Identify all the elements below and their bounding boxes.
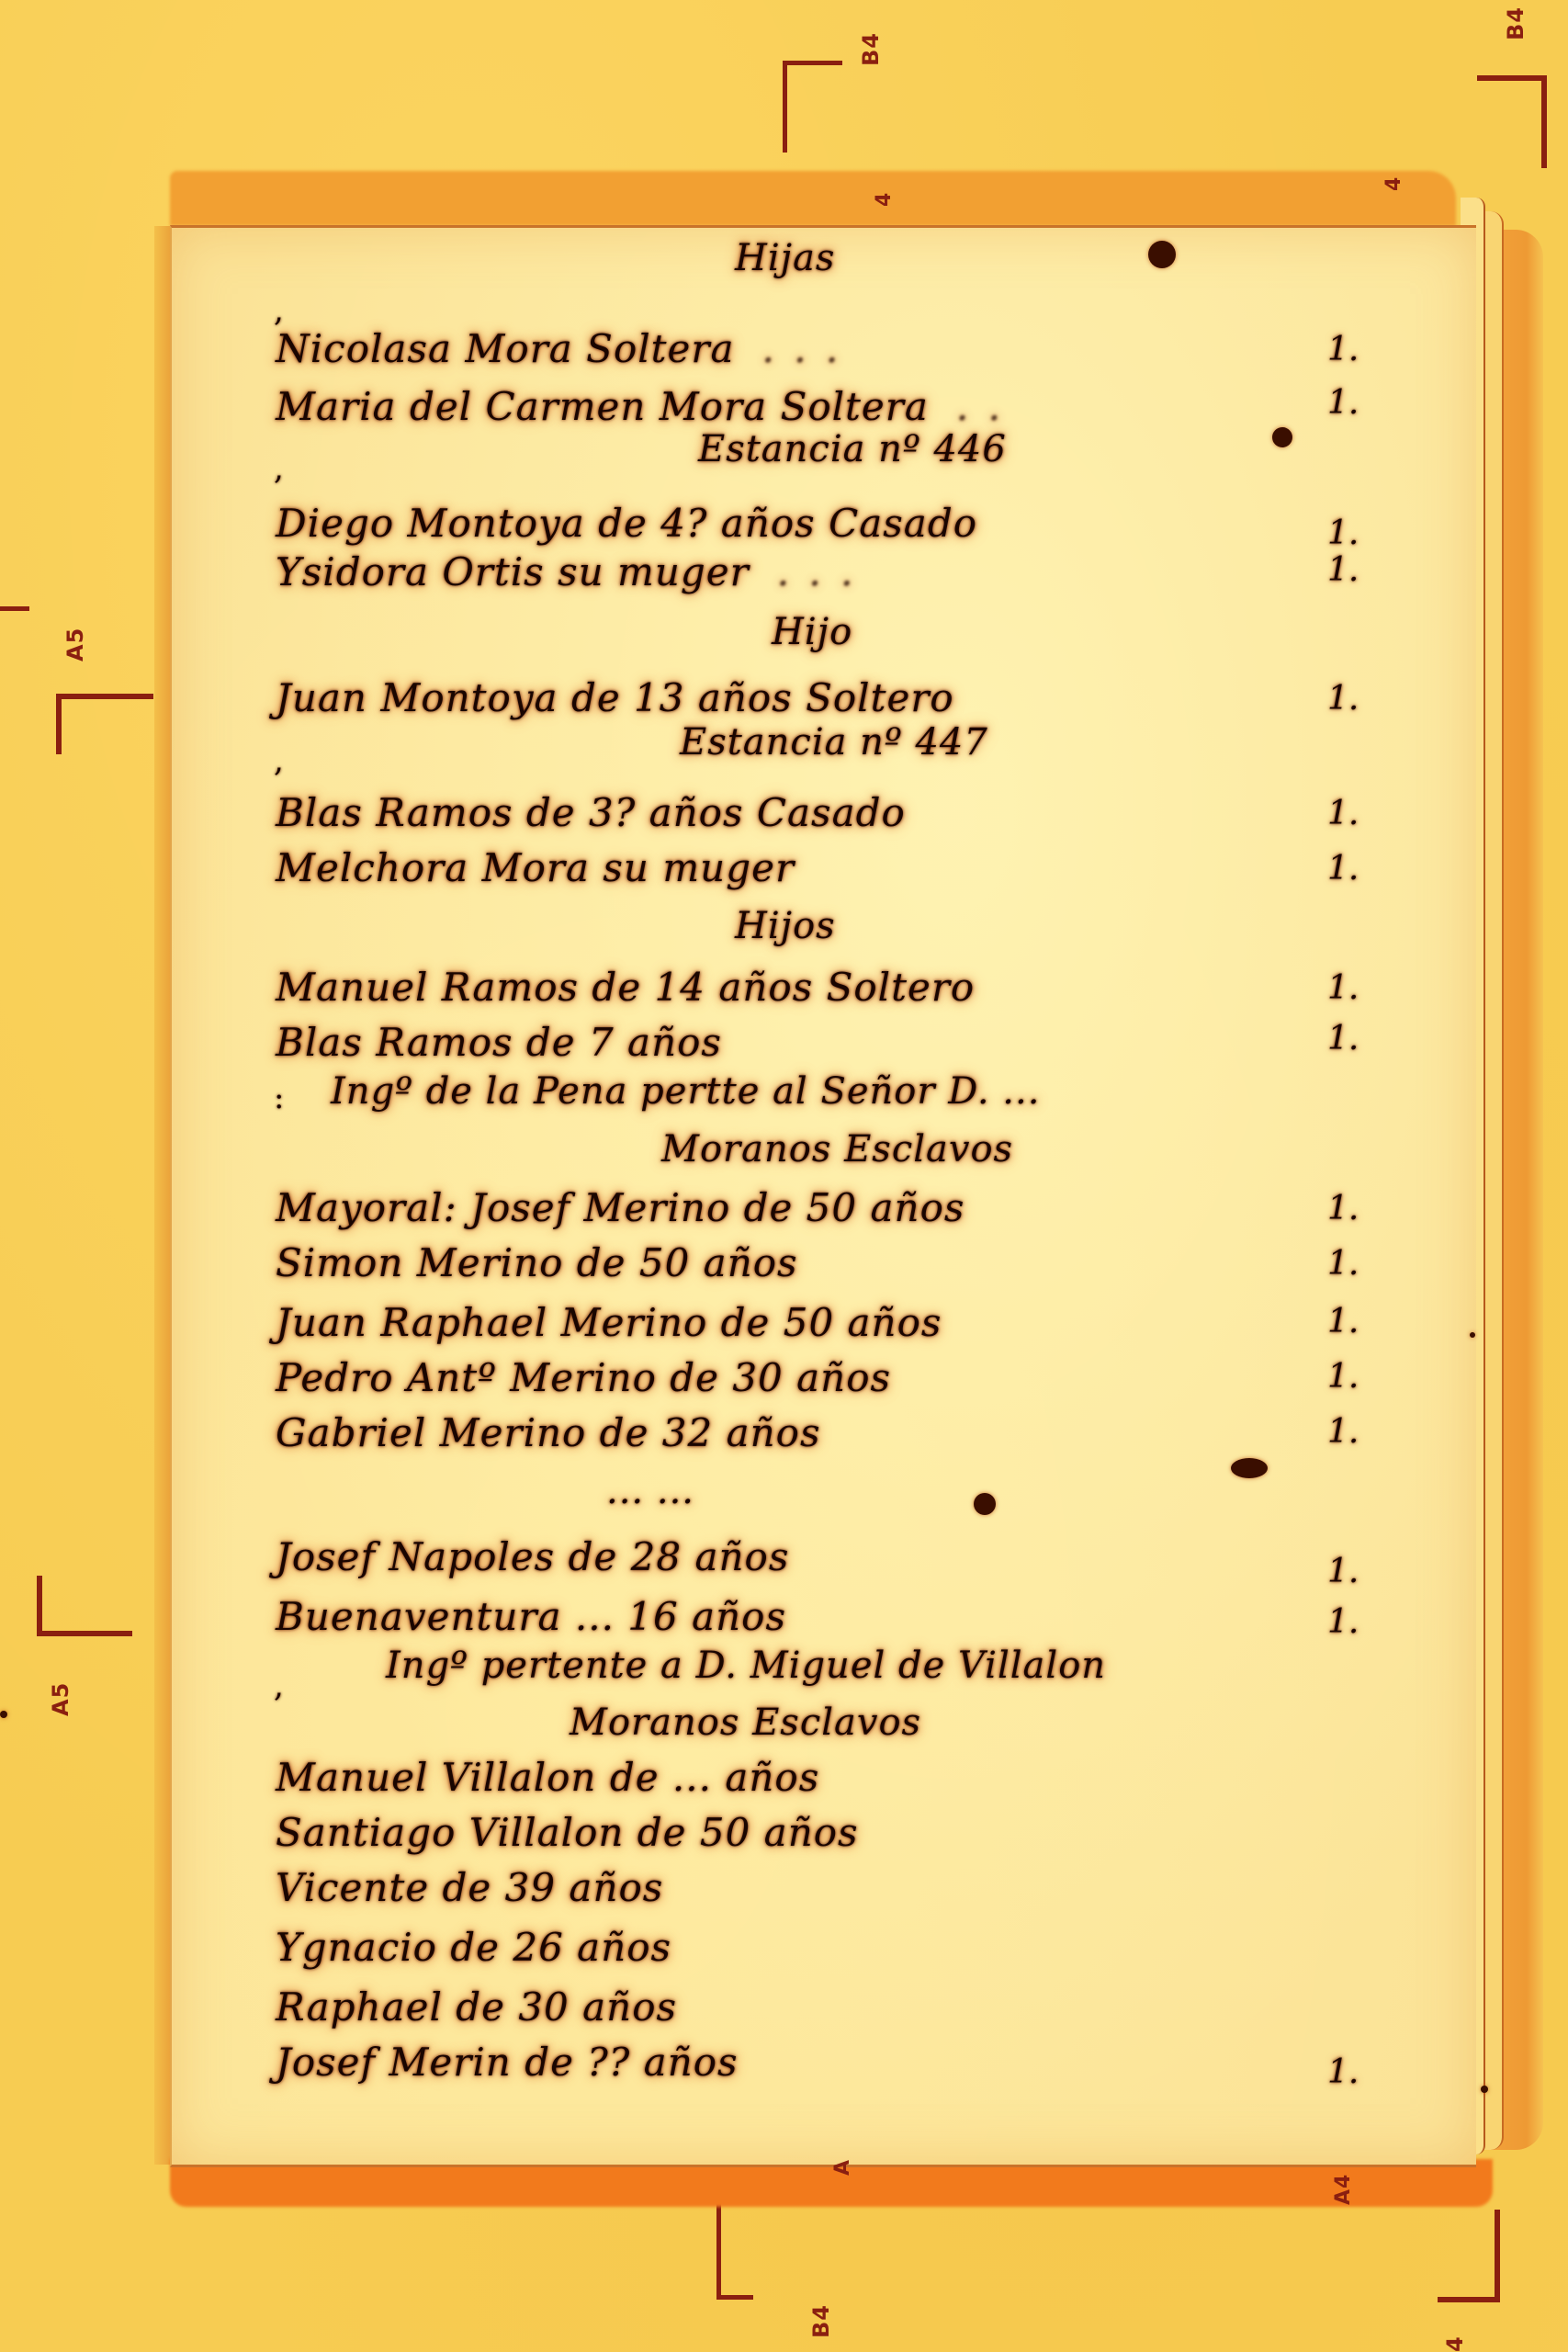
label-top-edge-4-right: 4 <box>1382 176 1405 191</box>
tally-mark: 1. <box>1327 1553 1359 1590</box>
entry-line: Ysidora Ortis su muger. . . <box>276 549 857 594</box>
tally-mark: 1. <box>1327 795 1359 832</box>
entry-line: Blas Ramos de 7 años <box>276 1020 722 1065</box>
heading-hijo: Hijo <box>772 611 852 653</box>
ink-speck <box>974 1493 996 1515</box>
entry-line: Josef Merin de ?? años <box>276 2040 739 2085</box>
tally-mark: 1. <box>1327 850 1359 888</box>
page-shadow-top <box>170 171 1456 226</box>
entry-line: Gabriel Merino de 32 años <box>276 1410 821 1455</box>
crop-mark-left-upper-a5-corner <box>56 694 153 754</box>
label-bottom-edge-a: A <box>831 2159 854 2176</box>
tally-mark: 1. <box>1327 1245 1359 1283</box>
entry-line: Simon Merino de 50 años <box>276 1240 798 1285</box>
entry-line: Manuel Ramos de 14 años Soltero <box>276 965 975 1010</box>
heading-estancia: Estancia nº 446 <box>698 428 1007 470</box>
entry-line: Maria del Carmen Mora Soltera. . <box>276 384 1004 429</box>
heading-hijos: Hijos <box>735 905 836 947</box>
entry-line: Juan Montoya de 13 años Soltero <box>276 675 954 720</box>
entry-line: Blas Ramos de 3? años Casado <box>276 790 906 835</box>
ink-speck <box>1481 2086 1488 2093</box>
tally-mark: 1. <box>1327 1303 1359 1340</box>
heading-hijas: Hijas <box>735 237 835 279</box>
tally-mark: 1. <box>1327 551 1359 589</box>
tally-mark: 1. <box>1327 2053 1359 2091</box>
entry-line: Santiago Villalon de 50 años <box>276 1810 859 1855</box>
margin-tick: , <box>274 292 284 329</box>
heading-esclavos: Moranos Esclavos <box>570 1702 921 1744</box>
crop-mark-top-left-b4 <box>783 61 842 153</box>
entry-line: Mayoral: Josef Merino de 50 años <box>276 1185 964 1230</box>
margin-tick: , <box>274 742 284 779</box>
margin-tick: , <box>274 450 284 487</box>
entry-line: Pedro Antº Merino de 30 años <box>276 1355 891 1400</box>
entry-line: Melchora Mora su muger <box>276 845 795 890</box>
heading-estancia: Estancia nº 447 <box>680 721 988 763</box>
entry-line: Buenaventura ... 16 años <box>276 1594 786 1639</box>
tally-mark: 1. <box>1327 384 1359 422</box>
label-left-upper-a5: A5 <box>62 628 88 661</box>
label-top-edge-4-left: 4 <box>873 192 896 207</box>
ink-speck <box>1231 1458 1268 1478</box>
margin-tick: , <box>274 1668 284 1704</box>
entry-line: Juan Raphael Merino de 50 años <box>276 1300 942 1345</box>
tally-mark: 1. <box>1327 1020 1359 1057</box>
label-left-lower-a5: A5 <box>48 1682 73 1716</box>
crop-mark-top-right-b4 <box>1477 75 1547 168</box>
heading-ingenio: Ingº pertente a D. Miguel de Villalon <box>386 1645 1106 1687</box>
label-bottom-right-4: 4 <box>1442 2335 1468 2352</box>
crop-mark-left-upper-a5 <box>0 606 29 611</box>
entry-line: Manuel Villalon de ... años <box>276 1755 819 1800</box>
margin-tick: : <box>274 1080 284 1116</box>
crop-mark-left-lower-a5 <box>37 1576 132 1636</box>
ink-speck <box>1148 241 1176 268</box>
left-margin-dot <box>0 1711 7 1718</box>
entry-line: Nicolasa Mora Soltera. . . <box>276 326 841 371</box>
entry-line: Ygnacio de 26 años <box>276 1925 671 1970</box>
entry-line: Raphael de 30 años <box>276 1984 677 2030</box>
heading-obscured: ... ... <box>606 1470 694 1512</box>
ink-speck <box>1272 427 1292 447</box>
tally-mark: 1. <box>1327 969 1359 1007</box>
tally-mark: 1. <box>1327 1603 1359 1641</box>
entry-line: Josef Napoles de 28 años <box>276 1534 789 1579</box>
entry-line: Diego Montoya de 4? años Casado <box>276 501 977 546</box>
label-top-left-b4: B4 <box>858 32 884 66</box>
label-bottom-edge-a4: A4 <box>1332 2174 1355 2205</box>
label-top-right-b4: B4 <box>1503 6 1529 40</box>
tally-mark: 1. <box>1327 1413 1359 1451</box>
tally-mark: 1. <box>1327 680 1359 718</box>
heading-esclavos: Moranos Esclavos <box>661 1128 1013 1170</box>
crop-mark-bottom-left-b4 <box>716 2203 753 2300</box>
crop-mark-bottom-right <box>1438 2210 1500 2302</box>
tally-mark: 1. <box>1327 1190 1359 1227</box>
tally-mark: 1. <box>1327 1358 1359 1396</box>
ink-speck <box>1470 1332 1475 1338</box>
page-shadow-left <box>154 226 171 2165</box>
tally-mark: 1. <box>1327 331 1359 368</box>
entry-line: Vicente de 39 años <box>276 1865 663 1910</box>
tally-mark: 1. <box>1327 514 1359 552</box>
label-bottom-left-b4: B4 <box>808 2304 834 2338</box>
heading-ingenio: Ingº de la Pena pertte al Señor D. ... <box>331 1070 1040 1113</box>
